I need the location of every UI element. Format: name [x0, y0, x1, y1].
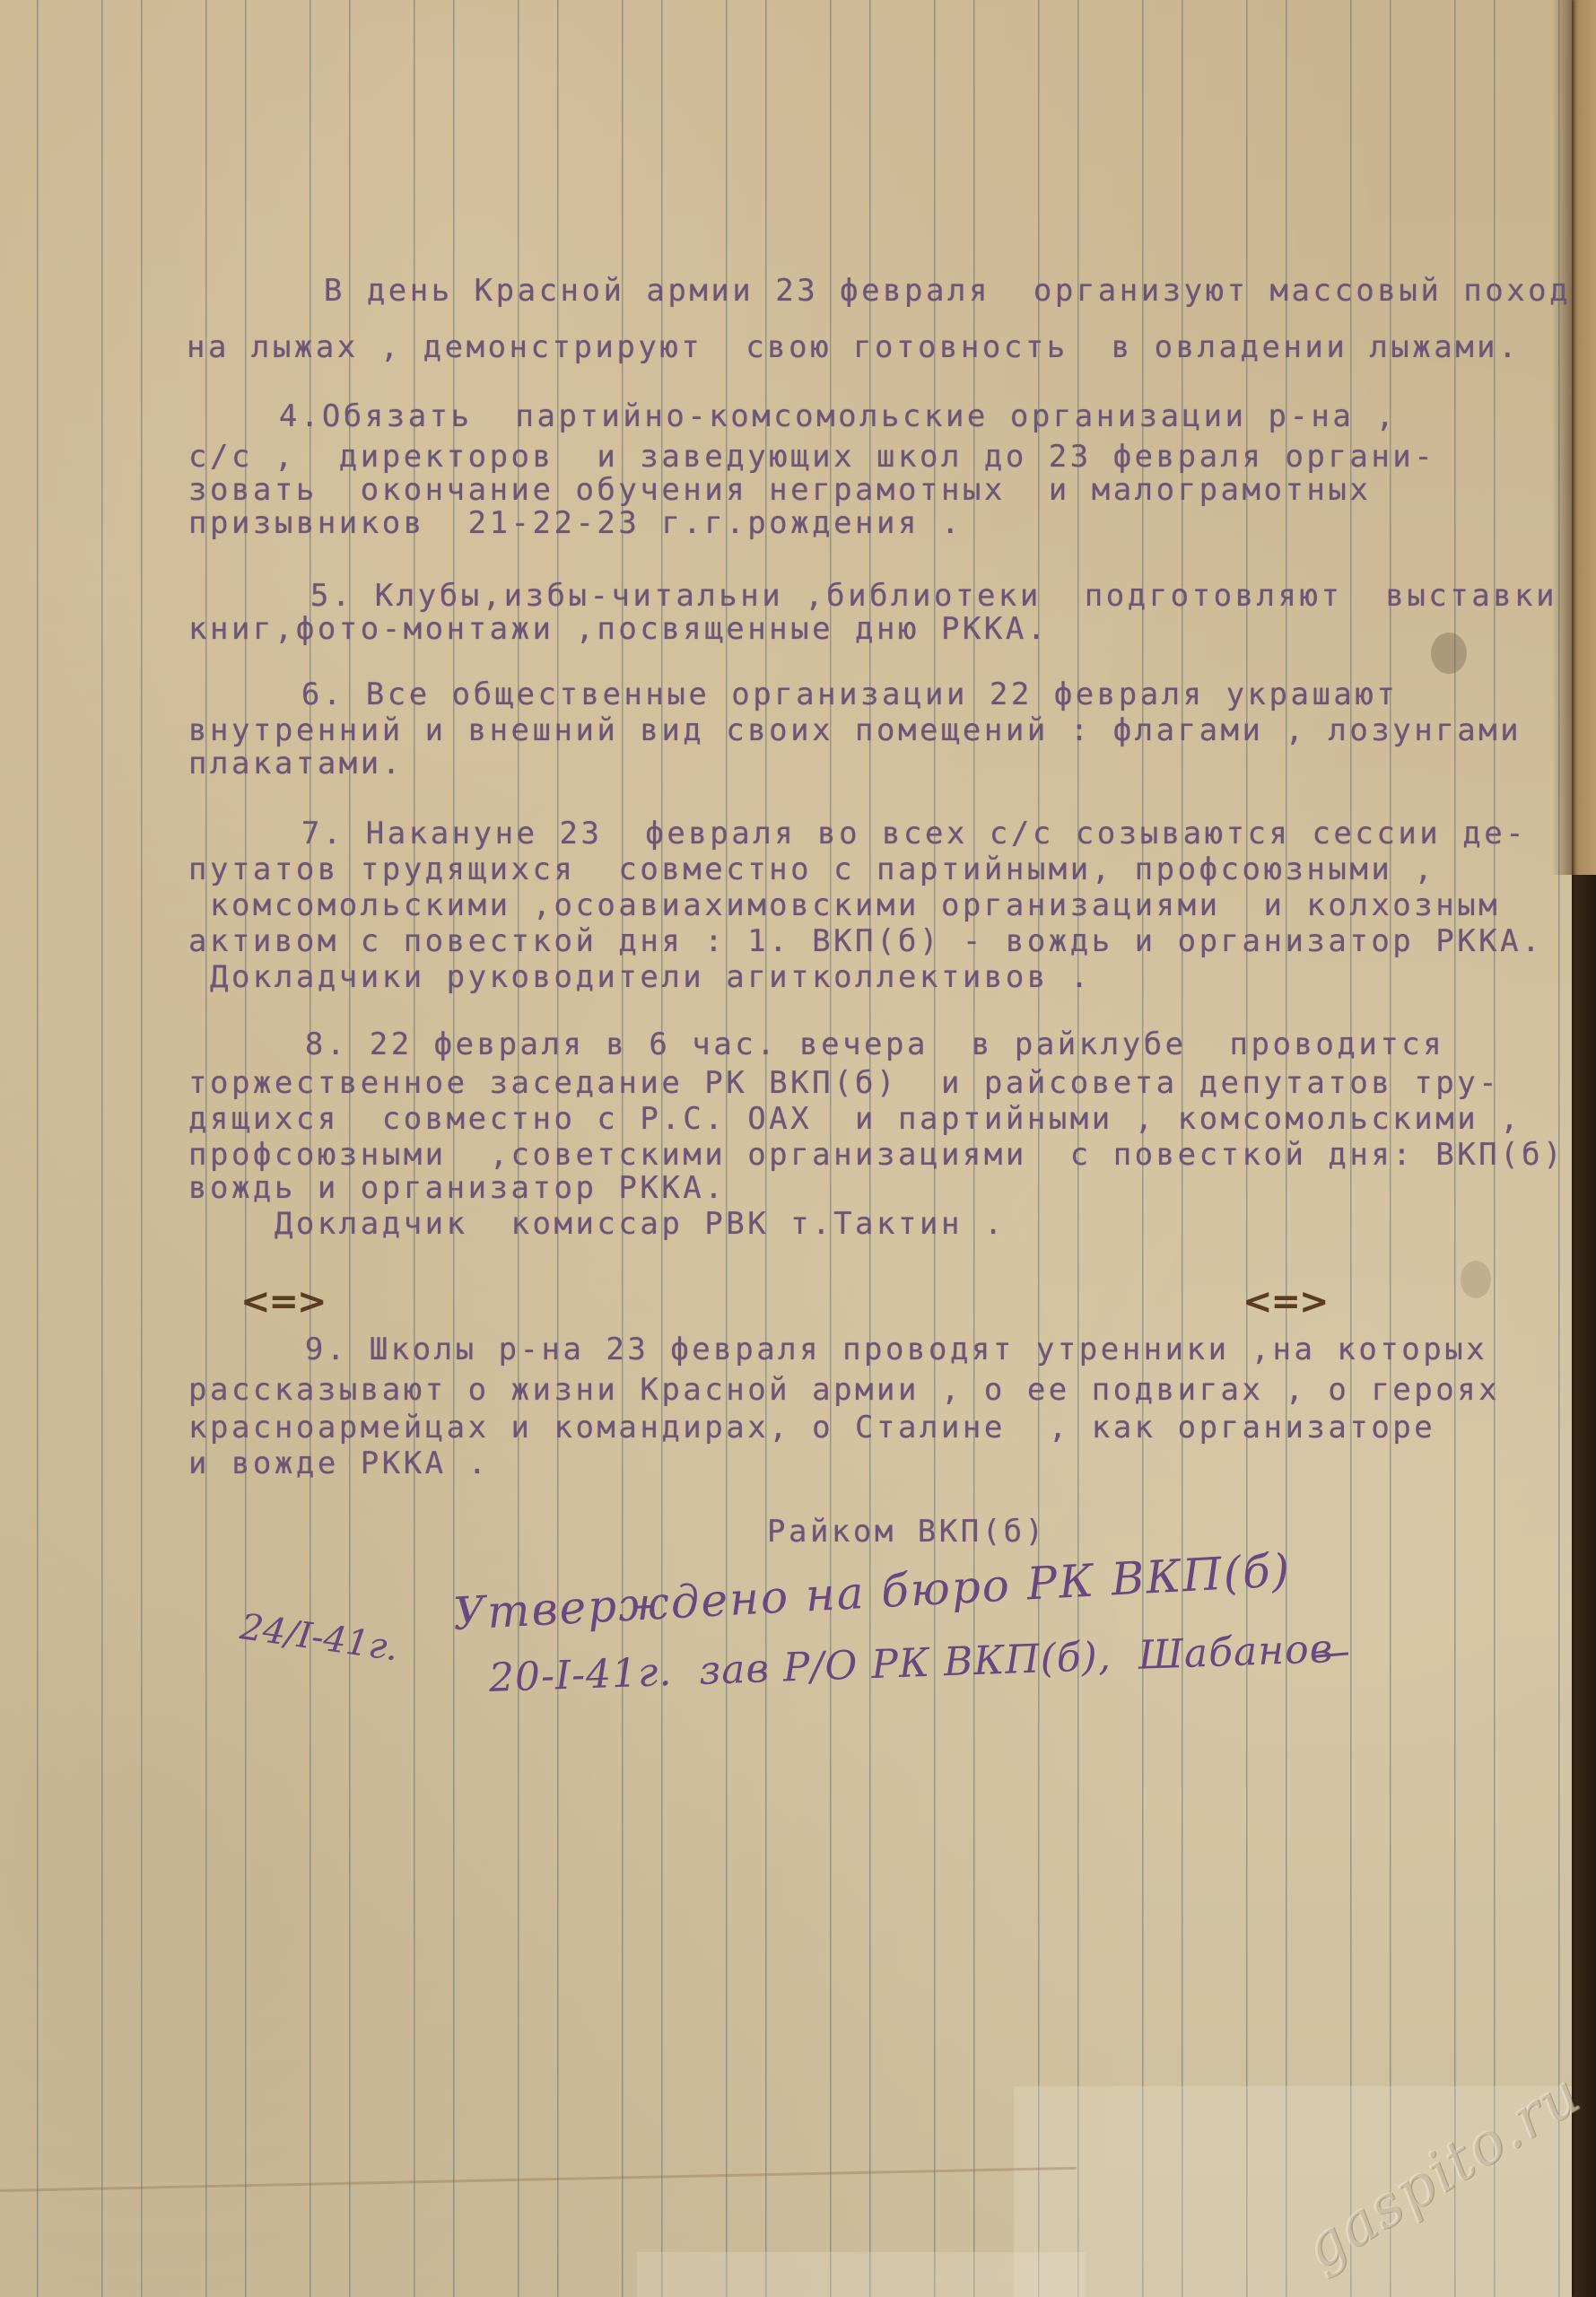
text-line: 7. Накануне 23 февраля во всех с/с созыв…: [215, 817, 1527, 851]
text-line: торжественное заседание РК ВКП(б) и райс…: [188, 1066, 1500, 1100]
text-line: рассказывают о жизни Красной армии , о е…: [188, 1373, 1500, 1407]
text-line: Докладчики руководители агитколлективов …: [188, 960, 1092, 994]
text-line: 5. Клубы,избы-читальни ,библиотеки подго…: [224, 579, 1557, 613]
text-line: комсомольскими ,осоавиахимовскими органи…: [188, 888, 1500, 922]
text-line: зовать окончание обучения неграмотных и …: [188, 473, 1371, 507]
text-line: дящихся совместно с Р.С. ОАХ и партийным…: [188, 1102, 1522, 1136]
paragraph-9: 9. Школы р-на 23 февраля проводят утренн…: [0, 0, 129, 205]
text-line: Докладчик комиссар РВК т.Тактин .: [188, 1207, 1006, 1241]
text-line: книг,фото-монтажи ,посвященные дню РККА.: [188, 612, 1049, 646]
text-line: В день Красной армии 23 февраля организу…: [238, 274, 1571, 308]
paper-stain: [1461, 1261, 1491, 1298]
text-line: красноармейцах и командирах, о Сталине ,…: [188, 1411, 1435, 1445]
paper-stain: [1431, 633, 1467, 674]
text-line: 9. Школы р-на 23 февраля проводят утренн…: [197, 1332, 1487, 1367]
text-line: 8. 22 февраля в 6 час. вечера в райклубе…: [197, 1027, 1444, 1061]
paper-sheet: В день Красной армии 23 февраля организу…: [0, 0, 1572, 2297]
document-scan: В день Красной армии 23 февраля организу…: [0, 0, 1596, 2297]
text-line: на лыжах , демонстрируют свою готовность…: [187, 330, 1520, 364]
text-line: плакатами.: [188, 747, 404, 781]
text-line: внутренний и внешний вид своих помещений…: [188, 713, 1522, 747]
text-line: 4.Обязать партийно-комсомольские организ…: [193, 399, 1397, 433]
staple-mark-right: <=>: [1243, 1281, 1328, 1323]
paper-light-patch: [637, 2252, 1086, 2297]
paper-edge-shadow: [1552, 0, 1572, 875]
text-line: путатов трудящихся совместно с партийным…: [188, 852, 1435, 886]
text-line: призывников 21-22-23 г.г.рождения .: [188, 506, 963, 540]
text-line: и вожде РККА .: [188, 1446, 490, 1480]
text-line: активом с повесткой дня : 1. ВКП(б) - во…: [188, 924, 1543, 958]
backing-sheet-shadow: [1572, 875, 1596, 2297]
text-line: вождь и организатор РККА.: [188, 1171, 726, 1205]
text-line: 6. Все общественные организации 22 февра…: [215, 677, 1398, 712]
text-line: с/с , директоров и заведующих школ до 23…: [188, 440, 1435, 474]
staple-mark-left: <=>: [240, 1281, 326, 1323]
text-line: профсоюзными ,советскими организациями с…: [188, 1138, 1565, 1172]
signature-block-raikom: Райком ВКП(б): [767, 1515, 1047, 1549]
